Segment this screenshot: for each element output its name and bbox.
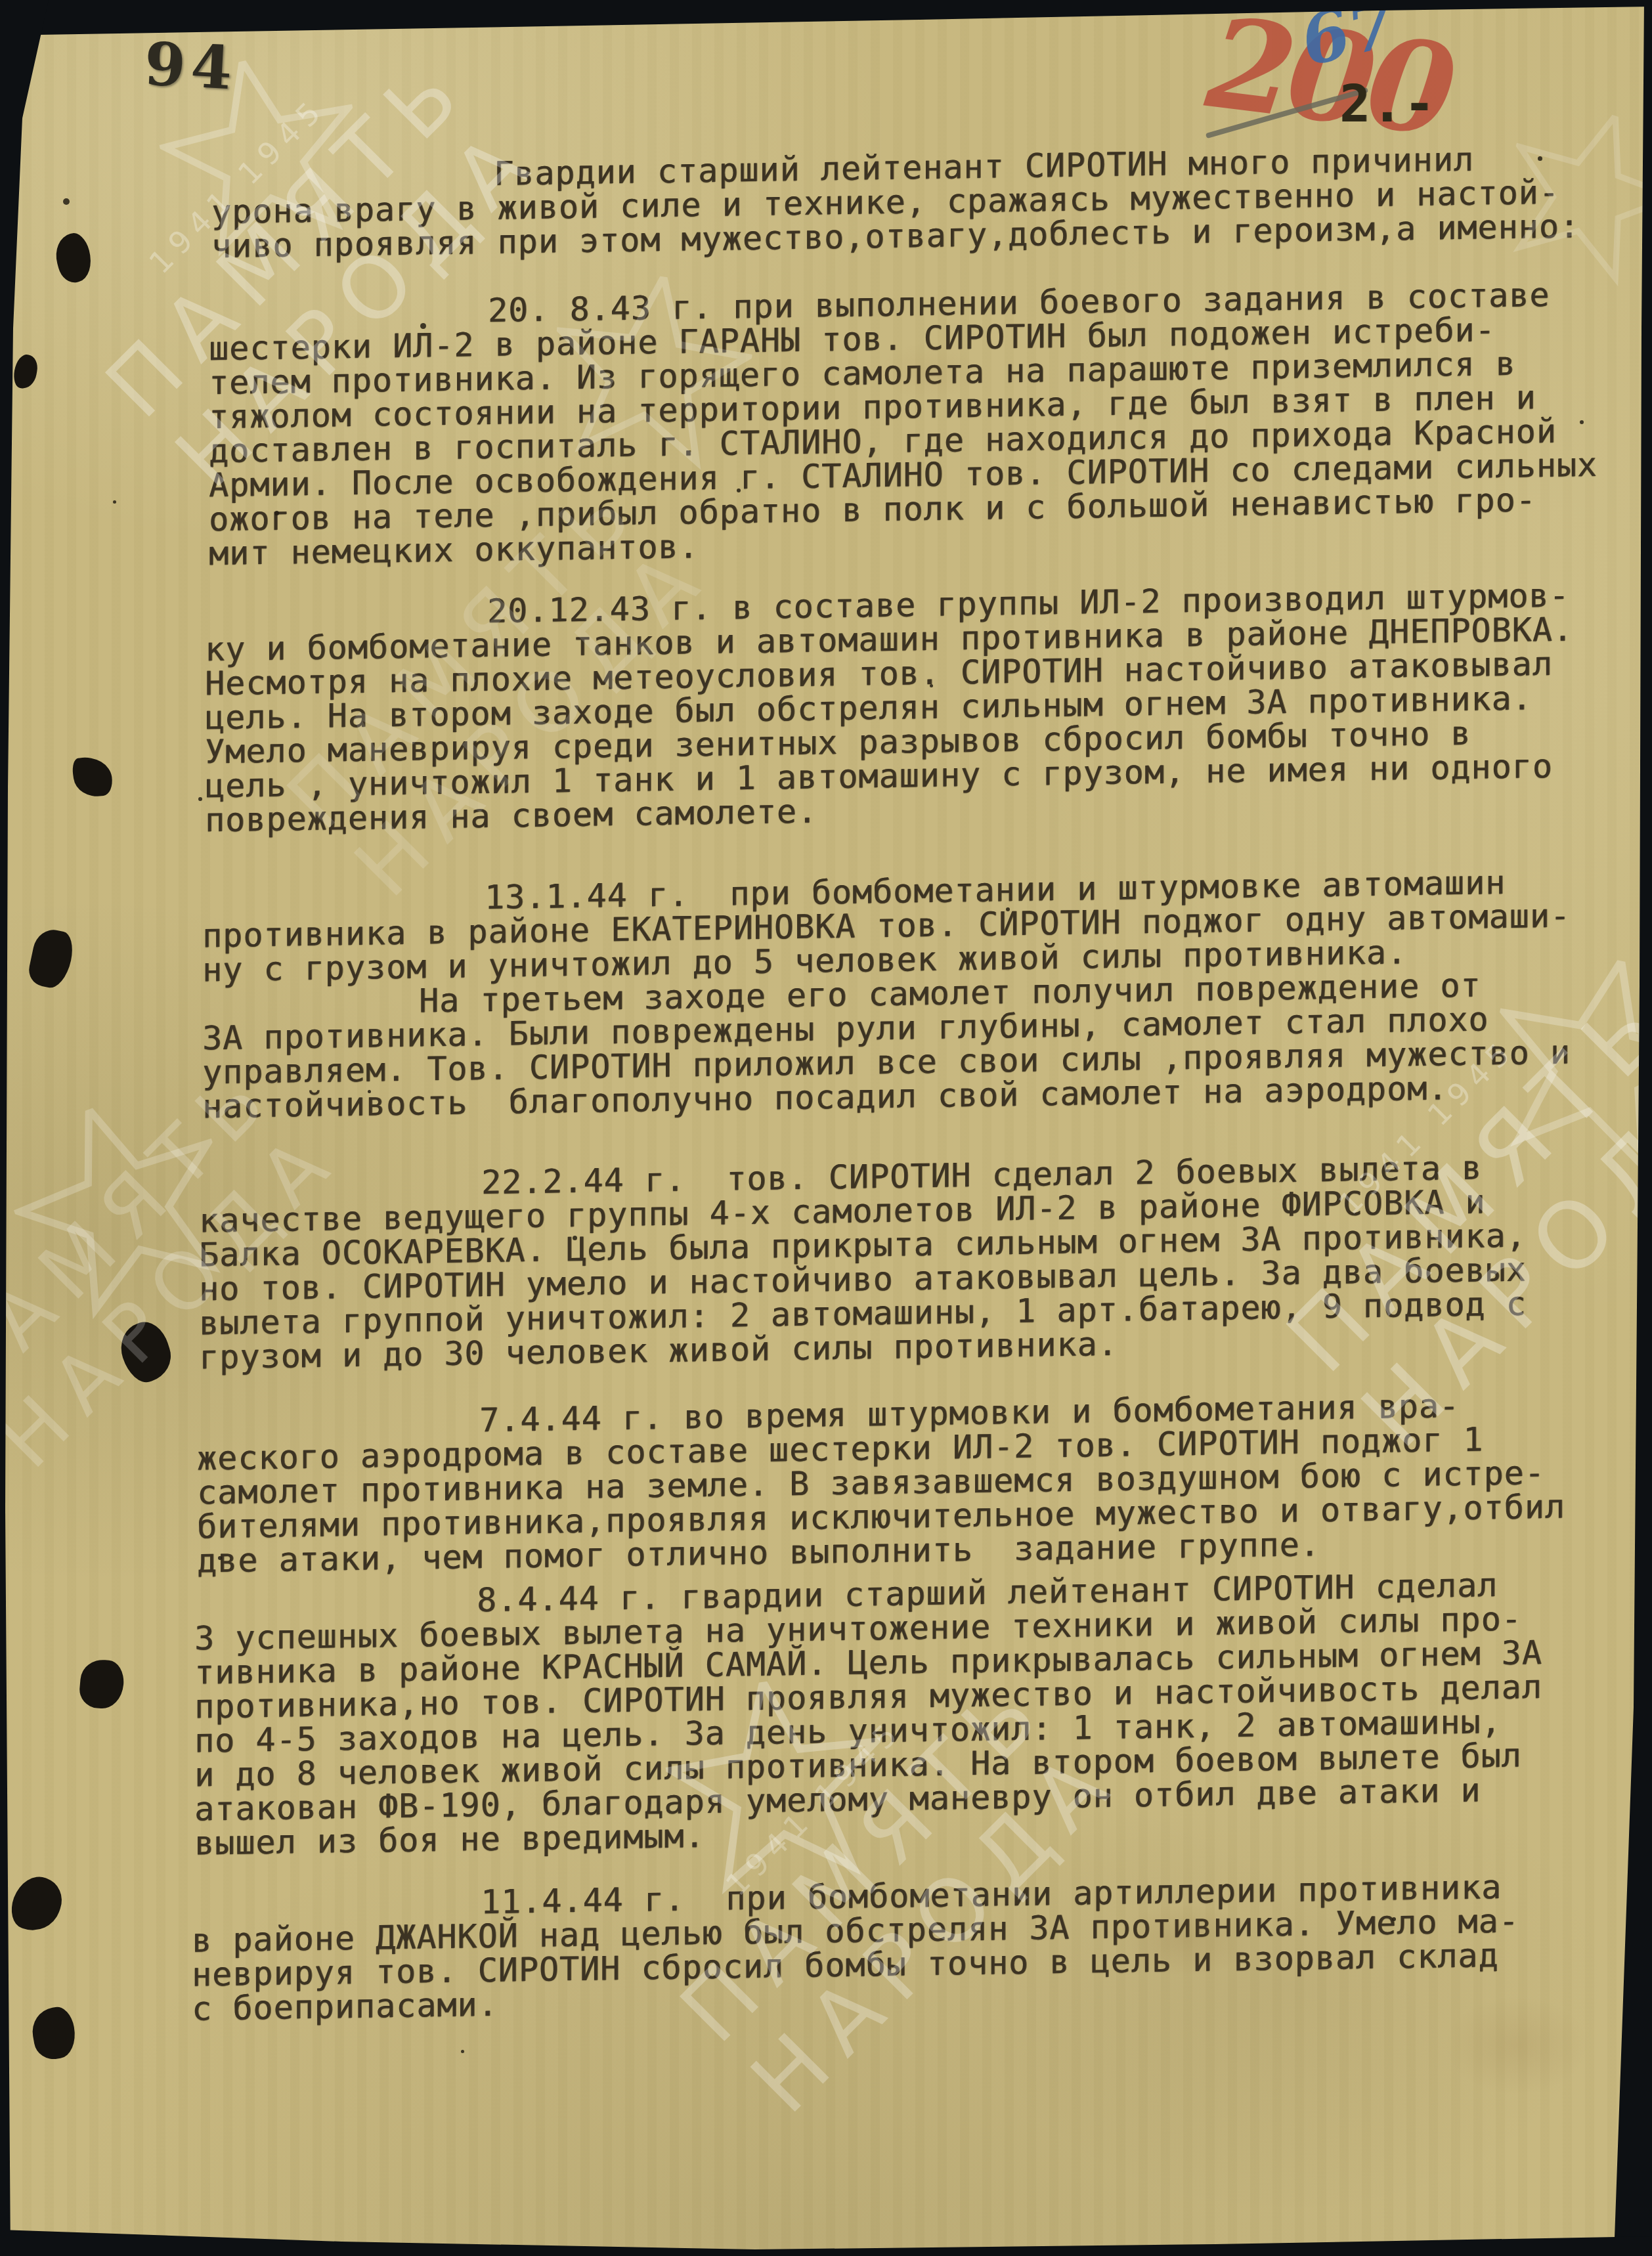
paper-stain	[880, 341, 978, 401]
paper-speck	[573, 1236, 577, 1240]
paper-speck	[461, 2050, 464, 2053]
typed-paragraph: На третьем заходе его самолет получил по…	[202, 967, 1571, 1124]
paper-speck	[1301, 1722, 1305, 1725]
paper-speck	[1392, 1917, 1396, 1921]
paper-speck	[1006, 907, 1010, 911]
paper-speck	[420, 323, 426, 329]
typed-text-layer: Гвардии старший лейтенант СИРОТИН много …	[0, 0, 1652, 2256]
paper-speck	[368, 1090, 371, 1093]
typed-page-number: 2.-	[1339, 79, 1436, 130]
typed-paragraph: 11.4.44 г. при бомбометании артиллерии п…	[192, 1870, 1519, 2026]
typed-paragraph: 8.4.44 г. гвардии старший лейтенант СИРО…	[194, 1567, 1542, 1860]
paper-stain	[1445, 1996, 1589, 2094]
paper-speck	[113, 500, 116, 504]
typed-paragraph: Гвардии старший лейтенант СИРОТИН много …	[211, 141, 1580, 263]
paper-speck	[63, 198, 70, 205]
paper-speck	[737, 488, 741, 492]
typed-paragraph: 7.4.44 г. во время штурмовки и бомбомета…	[197, 1387, 1565, 1578]
paper-speck	[274, 511, 279, 515]
paper-speck	[930, 684, 933, 687]
paper-speck	[1580, 420, 1584, 424]
typed-paragraph: 20.12.43 г. в составе группы ИЛ-2 произв…	[205, 578, 1573, 837]
paper-stain	[1116, 1904, 1254, 1976]
paper-speck	[198, 797, 202, 801]
typed-paragraph: 22.2.44 г. тов. СИРОТИН сделал 2 боевых …	[199, 1150, 1527, 1375]
paper-speck	[1538, 156, 1542, 161]
paper-speck	[218, 1556, 222, 1560]
archive-page-number-stamp: 94	[143, 34, 239, 98]
typed-paragraph: 20. 8.43 г. при выполнении боевого задан…	[209, 277, 1598, 571]
